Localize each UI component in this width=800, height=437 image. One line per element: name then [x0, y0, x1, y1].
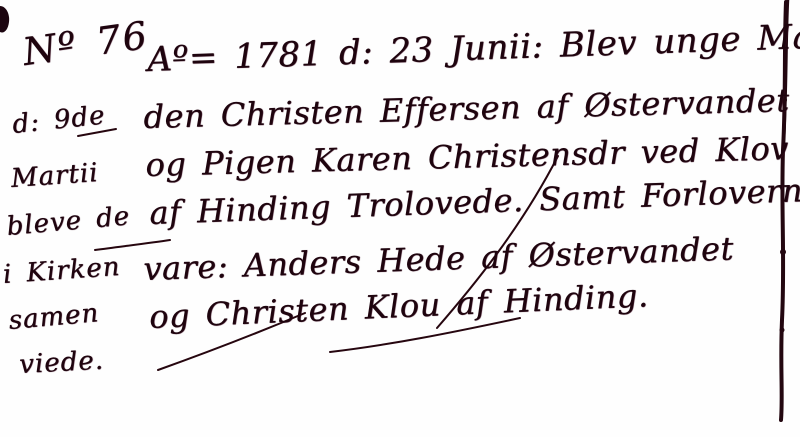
margin-note-line: i Kirken — [2, 252, 121, 290]
record-text-line: den Christen Effersen af Østervandet — [143, 81, 790, 136]
margin-note-line: samen — [7, 298, 100, 336]
entry-number: Nº 76 — [20, 13, 151, 74]
margin-note-line: viede. — [18, 346, 104, 380]
ink-blot — [0, 6, 9, 33]
margin-note-line: bleve de — [5, 201, 131, 242]
scanned-page: Nº 76 d: 9de Martii bleve de i Kirken sa… — [0, 0, 800, 437]
page-rule-line — [780, 0, 789, 420]
record-text-line: Aº= 1781 d: 23 Junii: Blev unge Man- — [147, 16, 800, 80]
margin-note-line: d: 9de — [11, 100, 107, 140]
margin-note-line: Martii — [10, 158, 100, 194]
